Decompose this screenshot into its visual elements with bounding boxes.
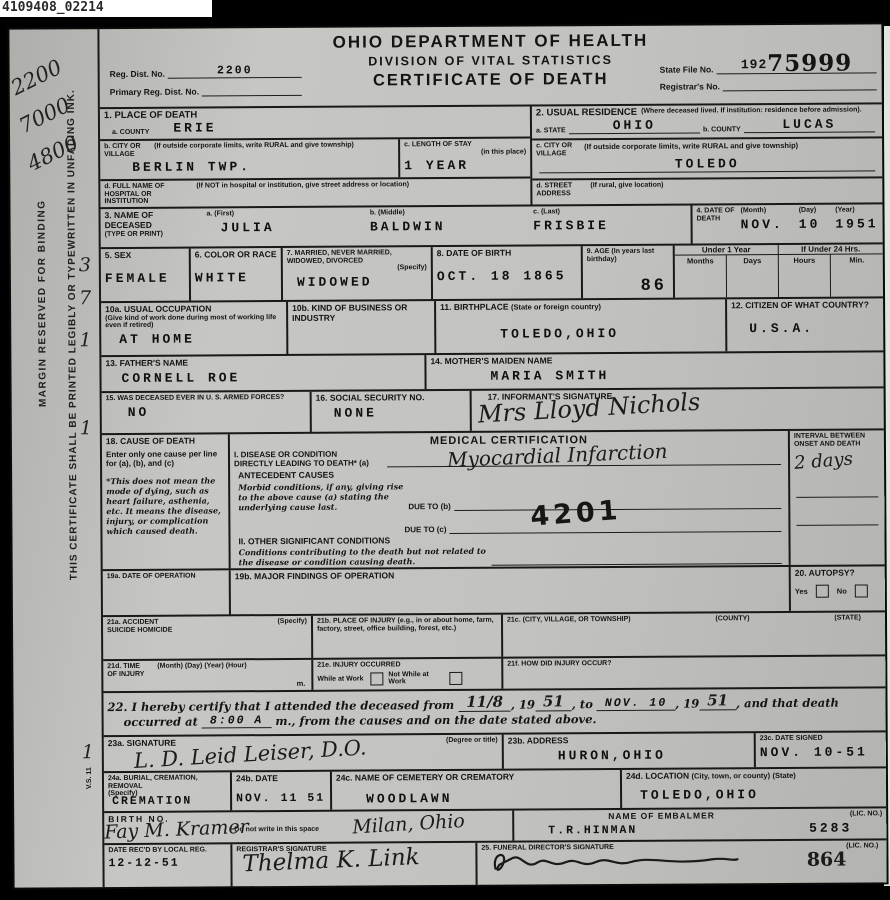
ssn-label: 16. SOCIAL SECURITY NO. [316,393,466,404]
burial-label: 24a. BURIAL, CREMATION, REMOVAL [108,774,226,790]
autopsy-label: 20. AUTOPSY? [795,568,881,578]
section-birthplace: 11. BIRTHPLACE (State or foreign country… [436,299,727,353]
sex-value: FEMALE [105,270,185,285]
occupation-note: (Give kind of work done during most of w… [105,314,282,330]
months-header: Months [675,255,727,297]
business-label: 10b. KIND OF BUSINESS OR INDUSTRY [292,303,430,323]
middle-name-value: BALDWIN [370,219,446,234]
autopsy-yes-label: Yes [795,587,808,596]
section-how-injury: 21f. HOW DID INJURY OCCUR? [503,656,885,688]
city-village-note: (If outside corporate limits, write RURA… [154,142,354,159]
due-to-c-label: DUE TO (c) [404,525,446,534]
hospital-label: d. FULL NAME OF HOSPITAL OR INSTITUTION [104,183,190,206]
accident-label: 21a. ACCIDENT SUICIDE HOMICIDE [107,619,177,657]
residence-state-value: OHIO [613,118,656,133]
fd-lic-label: (LIC. NO.) [846,842,878,850]
autopsy-yes-checkbox [816,584,829,597]
department-title: OHIO DEPARTMENT OF HEALTH [99,24,881,54]
marital-value: WIDOWED [297,275,373,290]
death-certificate-document: 2200 7000 4800 MARGIN RESERVED FOR BINDI… [9,24,886,887]
street-address-note: (If rural, give location) [590,182,663,204]
burial-value: CREMATION [112,795,192,808]
color-race-value: WHITE [195,270,277,286]
section-date-of-birth: 8. DATE OF BIRTH OCT. 18 1865 [433,246,583,299]
section-citizen: 12. CITIZEN OF WHAT COUNTRY? U.S.A. [727,298,883,351]
section-date-of-operation: 19a. DATE OF OPERATION [103,570,231,615]
section-cause-of-death-sidebar: 18. CAUSE OF DEATH Enter only one cause … [102,434,231,569]
burial-location-label: 24d. LOCATION [626,771,689,781]
section-burial-date: 24b. DATE NOV. 11 51 [232,772,332,811]
burial-date-value: NOV. 11 51 [236,792,326,806]
while-at-work-label: While at Work [317,675,365,683]
county-label: a. COUNTY [112,129,149,137]
birthplace-label: 11. BIRTHPLACE [440,302,509,312]
section-operation-findings: 19b. MAJOR FINDINGS OF OPERATION [231,567,791,614]
certify-text-4: occurred at [124,715,198,729]
year-header: (Year) [835,206,878,214]
dob-label: 8. DATE OF BIRTH [437,248,577,259]
age-value: 86 [641,277,668,296]
hospital-note: (If NOT in hospital or institution, give… [196,181,409,204]
section-ssn: 16. SOCIAL SECURITY NO. NONE [312,391,472,432]
section-autopsy: 20. AUTOPSY? Yes No [791,566,885,611]
name-sub-label: (TYPE OR PRINT) [105,230,197,238]
certify-num: 22. [107,700,127,714]
reg-dist-label: Reg. Dist. No. [110,69,165,79]
registrar-no-field: Registrar's No. [660,80,880,91]
length-of-stay-note: (in this place) [404,148,526,156]
burial-date-label: 24b. DATE [236,774,326,784]
residence-city-label: c. CITY OR VILLAGE [536,142,576,158]
margin-mark: 3 [79,254,91,276]
cemetery-label: 24c. NAME OF CEMETERY OR CREMATORY [336,772,616,783]
father-value: CORNELL ROE [121,370,240,386]
row-bottom-signatures: DATE REC'D BY LOCAL REG. 12-12-51 REGIST… [104,840,886,887]
section-marital-status: 7. MARRIED, NEVER MARRIED, WIDOWED, DIVO… [283,247,433,300]
last-name-value: FRISBIE [533,218,609,233]
not-while-at-work-label: Not While at Work [388,671,444,687]
section-injury-occurred: 21e. INJURY OCCURRED While at Work Not W… [313,659,503,690]
marital-label: 7. MARRIED, NEVER MARRIED, WIDOWED, DIVO… [287,249,427,265]
other-conditions-note: Conditions contributing to the death but… [239,545,489,567]
funeral-director-signature [481,847,741,875]
not-while-at-work-checkbox [449,672,462,685]
row-medical-certification: 18. CAUSE OF DEATH Enter only one cause … [102,430,885,571]
color-race-label: 6. COLOR OR RACE [195,250,277,260]
residence-county-value: LUCAS [782,117,836,132]
embalmer-name: T.R.HINMAN [548,824,637,838]
burial-location-state: (State) [772,771,795,780]
armed-forces-label: 15. WAS DECEASED EVER IN U. S. ARMED FOR… [106,394,306,403]
under-1-year-header: Under 1 Year [675,245,779,255]
registrar-no-label: Registrar's No. [660,81,720,91]
margin-binding-text: MARGIN RESERVED FOR BINDING [36,199,48,407]
death-year: 1951 [835,216,878,231]
certify-text-2: , to [572,697,593,711]
certify-text-5: m., from the causes and on the date stat… [275,712,596,728]
county-value: ERIE [173,121,216,136]
section-registrar-signature: REGISTRAR'S SIGNATURE Thelma K. Link [232,843,477,886]
section-physician-signature: 23a. SIGNATURE (Degree or title) L. D. L… [104,735,504,771]
certify-text-1: I hereby certify that I attended the dec… [132,698,455,714]
citizen-label: 12. CITIZEN OF WHAT COUNTRY? [731,300,879,311]
name-label: 3. NAME OF DECEASED [104,211,196,231]
operation-findings-label: 19b. MAJOR FINDINGS OF OPERATION [235,569,785,582]
under-24-hrs-header: If Under 24 Hrs. [779,244,883,254]
section-embalmer: NAME OF EMBALMER (LIC. NO.) T.R.HINMAN 5… [514,808,886,840]
injury-occurred-label: 21e. INJURY OCCURRED [317,661,497,670]
row-certify-statement: 22. I hereby certify that I attended the… [103,688,885,737]
physician-address-value: HURON,OHIO [558,747,666,763]
certificate-header: OHIO DEPARTMENT OF HEALTH DIVISION OF VI… [99,24,881,109]
section-date-signed: 23c. DATE SIGNED NOV. 10-51 [756,732,886,767]
section-color-race: 6. COLOR OR RACE WHITE [191,248,283,301]
to-year-value: 51 [699,691,736,710]
margin-ink-text: THIS CERTIFICATE SHALL BE PRINTED LEGIBL… [66,89,80,580]
binding-margin: 2200 7000 4800 MARGIN RESERVED FOR BINDI… [9,29,104,888]
death-day: 10 [799,216,821,231]
row-place-residence: 1. PLACE OF DEATH a. COUNTY ERIE b. CITY… [100,104,883,209]
city-village-label: b. CITY OR VILLAGE [104,143,148,159]
primary-reg-dist-label: Primary Reg. Dist. No. [110,87,199,98]
date-of-death-label: 4. DATE OF DEATH [696,207,736,223]
row-forces-ssn-informant: 15. WAS DECEASED EVER IN U. S. ARMED FOR… [102,388,884,435]
last-name-label: c. (Last) [533,208,686,217]
section-funeral-director: 25. FUNERAL DIRECTOR'S SIGNATURE (LIC. N… [477,840,886,884]
section-occupation: 10a. USUAL OCCUPATION (Give kind of work… [101,302,288,355]
attended-to-value: NOV. 10 [597,697,675,711]
reg-dist-field: Reg. Dist. No. 2200 [110,64,305,79]
form-number: V.S. 11 [86,767,93,789]
residence-state-label: a. STATE [536,127,566,135]
ssn-value: NONE [334,405,377,420]
residence-city-value: TOLEDO [675,157,740,172]
section-informant: 17. INFORMANT'S SIGNATURE Mrs Lloyd Nich… [472,388,884,431]
date-received-value: 12-12-51 [108,856,226,870]
physician-address-label: 23b. ADDRESS [508,735,750,746]
month-header: (Month) [740,207,783,215]
mother-value: MARIA SMITH [490,368,609,384]
from-year-value: 51 [535,692,572,711]
section-sex: 5. SEX FEMALE [101,249,191,302]
row-burial: 24a. BURIAL, CREMATION, REMOVAL (Specify… [104,768,886,813]
disease-label-2: DIRECTLY LEADING TO DEATH* (a) [234,458,384,468]
hours-header: Hours [779,255,831,297]
middle-name-label: b. (Middle) [370,209,523,218]
birthplace-value: TOLEDO,OHIO [500,325,721,341]
autopsy-no-checkbox [855,584,868,597]
min-header: Min. [831,254,883,296]
row-demographics: 5. SEX FEMALE 6. COLOR OR RACE WHITE 7. … [101,244,883,303]
degree-title-note: (Degree or title) [446,737,498,747]
date-of-operation-label: 19a. DATE OF OPERATION [107,572,225,580]
birth-place-handwriting: Milan, Ohio [352,811,466,839]
section-birth-no: BIRTH NO. Fay M. Kramer Do not write in … [104,811,514,844]
injury-county-label: (COUNTY) [715,615,749,653]
section-place-of-injury: 21b. PLACE OF INJURY (e.g., in or about … [313,615,503,658]
accident-note: (Specify) [277,618,307,656]
section-certify-statement: 22. I hereby certify that I attended the… [103,688,885,735]
do-not-write-note: Do not write in this space [234,826,319,834]
margin-mark: 1 [79,329,91,351]
citizen-value: U.S.A. [749,320,879,336]
margin-handwritten-number: 2200 [7,55,66,100]
time-of-injury-m: m. [297,679,306,688]
date-signed-label: 23c. DATE SIGNED [760,734,882,742]
section-physician-address: 23b. ADDRESS HURON,OHIO [504,733,756,769]
father-label: 13. FATHER'S NAME [105,357,420,369]
time-of-injury-label: 21d. TIME OF INJURY [107,663,151,689]
row-injury-time: 21d. TIME OF INJURY (Month) (Day) (Year)… [103,656,885,693]
section-place-of-death: 1. PLACE OF DEATH a. COUNTY ERIE b. CITY… [100,106,533,207]
section-burial-location: 24d. LOCATION (City, town, or county) (S… [622,768,886,808]
sex-label: 5. SEX [105,251,185,261]
reg-dist-value: 2200 [217,64,253,77]
city-village-value: BERLIN TWP. [132,160,251,176]
burial-location-note: (City, town, or county) [691,771,770,780]
days-header: Days [727,255,779,297]
state-file-number: 75999 [767,55,852,74]
row-name-date: 3. NAME OF DECEASED (TYPE OR PRINT) a. (… [100,204,882,249]
section-father: 13. FATHER'S NAME CORNELL ROE [101,355,426,391]
section-time-of-injury: 21d. TIME OF INJURY (Month) (Day) (Year)… [103,660,313,691]
death-month: NOV. [741,217,784,232]
marital-note: (Specify) [287,265,427,274]
birth-no-handwriting: Fay M. Kramer [104,816,249,843]
section-mother: 14. MOTHER'S MAIDEN NAME MARIA SMITH [426,352,883,389]
residence-county-label: b. COUNTY [703,126,741,134]
length-of-stay-value: 1 YEAR [404,158,469,173]
burial-location-value: TOLEDO,OHIO [640,786,882,802]
section-date-of-death: 4. DATE OF DEATH (Month)NOV. (Day)10 (Ye… [692,204,882,243]
row-birthno-embalmer: BIRTH NO. Fay M. Kramer Do not write in … [104,808,886,845]
section-interval: INTERVAL BETWEEN ONSET AND DEATH 2 days [790,430,885,565]
state-file-field: State File No. 19275999 [660,54,880,75]
cemetery-value: WOODLAWN [366,790,616,807]
section-business: 10b. KIND OF BUSINESS OR INDUSTRY [288,301,436,354]
section-date-received: DATE REC'D BY LOCAL REG. 12-12-51 [104,844,232,887]
certify-19b: , 19 [675,696,699,710]
attended-from-value: 11/8 [458,693,511,712]
first-name-value: JULIA [221,220,275,235]
death-hour-value: 8:00 A [202,714,272,728]
place-of-injury-label: 21b. PLACE OF INJURY [317,617,396,624]
embalmer-lic-label: (LIC. NO.) [850,810,882,820]
injury-state-label: (STATE) [834,614,861,652]
usual-residence-note: (Where deceased lived. If institution: r… [641,106,878,115]
due-to-b-label: DUE TO (b) [408,502,451,511]
morbid-note: Morbid conditions, if any, giving rise t… [238,481,408,512]
fd-lic-value: 864 [807,849,847,871]
certify-text-3: , and that death [736,696,839,711]
embalmer-lic-value: 5283 [809,820,852,835]
section-cemetery: 24c. NAME OF CEMETERY OR CREMATORY WOODL… [332,770,622,810]
injury-city-label: 21c. (CITY, VILLAGE, OR TOWNSHIP) [507,616,631,655]
section-accident: 21a. ACCIDENT SUICIDE HOMICIDE (Specify) [103,616,313,659]
scan-filename: 4109408_02214 [0,0,212,20]
margin-mark: 7 [79,287,91,309]
row-parents: 13. FATHER'S NAME CORNELL ROE 14. MOTHER… [101,352,883,393]
embalmer-label: NAME OF EMBALMER [608,811,715,821]
birthplace-note: (State or foreign country) [511,302,601,312]
mother-label: 14. MOTHER'S MAIDEN NAME [430,354,879,367]
state-file-prefix: 192 [741,57,767,72]
cause-of-death-label: 18. CAUSE OF DEATH [106,436,224,446]
usual-residence-title: 2. USUAL RESIDENCE [536,108,637,119]
certificate-form: OHIO DEPARTMENT OF HEALTH DIVISION OF VI… [99,24,886,887]
section-age-subgrid: Under 1 Year If Under 24 Hrs. Months Day… [675,244,883,297]
state-file-label: State File No. [660,65,714,75]
section-age: 9. AGE (In years last birthday) 86 [583,246,675,299]
row-operation: 19a. DATE OF OPERATION 19b. MAJOR FINDIN… [103,566,885,617]
time-of-injury-cols: (Month) (Day) (Year) (Hour) [157,662,307,671]
armed-forces-value: NO [128,405,150,420]
section-name-of-deceased: 3. NAME OF DECEASED (TYPE OR PRINT) a. (… [100,206,692,248]
autopsy-no-label: No [837,586,847,595]
section-injury-city: 21c. (CITY, VILLAGE, OR TOWNSHIP) (COUNT… [503,612,885,656]
dob-value: OCT. 18 1865 [437,268,577,284]
how-injury-label: 21f. HOW DID INJURY OCCUR? [507,658,881,668]
section-medical-certification: MEDICAL CERTIFICATION I. DISEASE OR COND… [230,431,791,568]
street-address-label: d. STREET ADDRESS [536,182,584,204]
age-label: 9. AGE [587,248,610,255]
while-at-work-checkbox [370,672,383,685]
date-received-label: DATE REC'D BY LOCAL REG. [108,846,226,854]
row-physician: 23a. SIGNATURE (Degree or title) L. D. L… [104,732,886,773]
section-burial-type: 24a. BURIAL, CREMATION, REMOVAL (Specify… [104,772,232,811]
primary-reg-dist-field: Primary Reg. Dist. No. [110,86,305,97]
section-usual-residence: 2. USUAL RESIDENCE (Where deceased lived… [532,104,883,204]
interval-label: INTERVAL BETWEEN ONSET AND DEATH [794,432,880,448]
first-name-label: a. (First) [206,210,359,219]
residence-city-note: (If outside corporate limits, write RURA… [584,141,798,158]
date-signed-value: NOV. 10-51 [760,744,868,760]
section-armed-forces: 15. WAS DECEASED EVER IN U. S. ARMED FOR… [102,392,312,433]
row-occupation: 10a. USUAL OCCUPATION (Give kind of work… [101,298,883,357]
row-injury-place: 21a. ACCIDENT SUICIDE HOMICIDE (Specify)… [103,612,885,661]
occupation-value: AT HOME [119,332,195,347]
margin-mark: 1 [80,417,92,439]
day-header: (Day) [799,207,821,215]
margin-mark: 1 [82,741,94,763]
cause-instruction-1: Enter only one cause per line for (a), (… [106,449,224,468]
certify-19a: , 19 [511,697,535,711]
interval-value: 2 days [793,447,880,474]
cause-instruction-2: *This does not mean the mode of dying, s… [106,476,224,537]
